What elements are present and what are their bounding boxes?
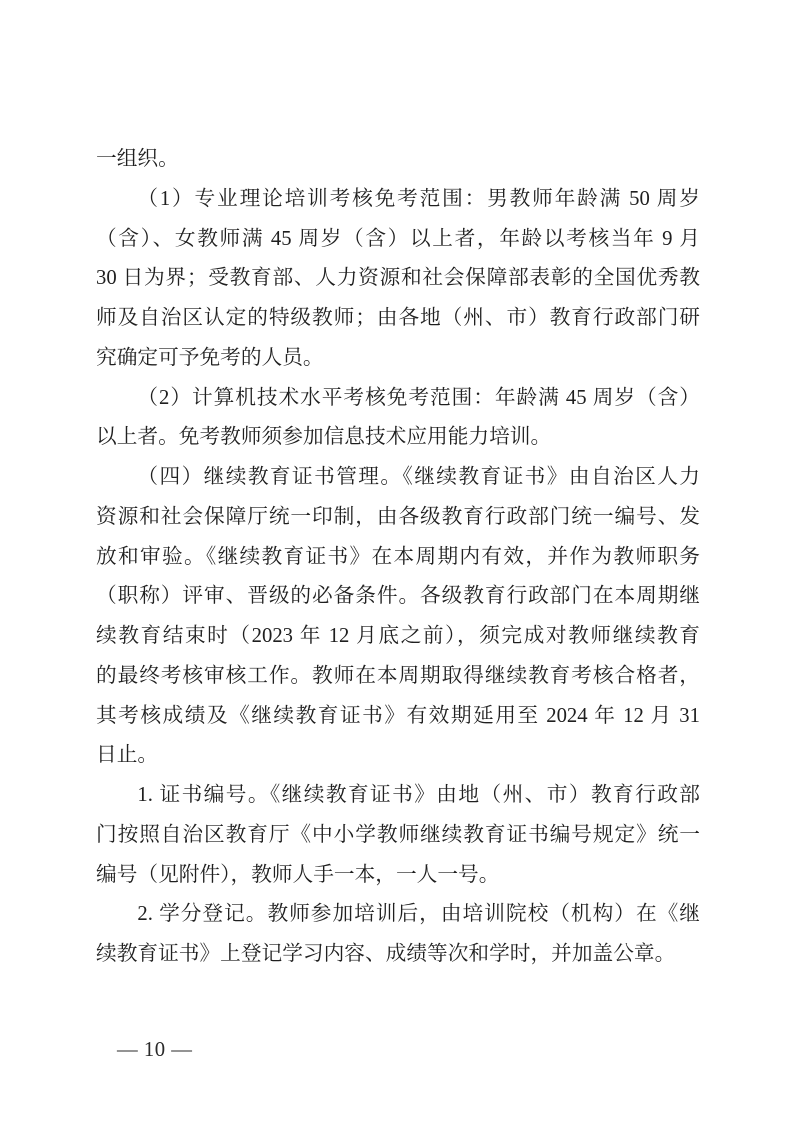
text-line: （职称）评审、晋级的必备条件。各级教育行政部门在本周期继 (96, 577, 700, 617)
text-line: （2）计算机技术水平考核免考范围：年龄满 45 周岁（含） (96, 379, 700, 419)
text-line: 其考核成绩及《继续教育证书》有效期延用至 2024 年 12 月 31 (96, 697, 700, 737)
paragraph: 一组织。 (96, 140, 700, 180)
text-line: 续教育证书》上登记学习内容、成绩等次和学时，并加盖公章。 (96, 935, 700, 975)
text-line: 日止。 (96, 736, 700, 776)
text-line: 门按照自治区教育厅《中小学教师继续教育证书编号规定》统一 (96, 816, 700, 856)
text-line: 编号（见附件），教师人手一本，一人一号。 (96, 856, 700, 896)
document-body: 一组织。（1）专业理论培训考核免考范围：男教师年龄满 50 周岁（含）、女教师满… (96, 140, 700, 975)
text-line: 放和审验。《继续教育证书》在本周期内有效，并作为教师职务 (96, 538, 700, 578)
text-line: 师及自治区认定的特级教师；由各地（州、市）教育行政部门研 (96, 299, 700, 339)
text-line: 究确定可予免考的人员。 (96, 339, 700, 379)
document-page: 一组织。（1）专业理论培训考核免考范围：男教师年龄满 50 周岁（含）、女教师满… (0, 0, 793, 1122)
text-line: 一组织。 (96, 140, 700, 180)
text-line: 30 日为界；受教育部、人力资源和社会保障部表彰的全国优秀教 (96, 259, 700, 299)
text-line: （含）、女教师满 45 周岁（含）以上者，年龄以考核当年 9 月 (96, 220, 700, 260)
paragraph: 2. 学分登记。教师参加培训后，由培训院校（机构）在《继续教育证书》上登记学习内… (96, 895, 700, 975)
paragraph: （四）继续教育证书管理。《继续教育证书》由自治区人力资源和社会保障厅统一印制，由… (96, 458, 700, 776)
text-line: 续教育结束时（2023 年 12 月底之前），须完成对教师继续教育 (96, 617, 700, 657)
text-line: （1）专业理论培训考核免考范围：男教师年龄满 50 周岁 (96, 180, 700, 220)
page-number: — 10 — (117, 1040, 192, 1061)
paragraph: （2）计算机技术水平考核免考范围：年龄满 45 周岁（含）以上者。免考教师须参加… (96, 379, 700, 459)
text-line: 1. 证书编号。《继续教育证书》由地（州、市）教育行政部 (96, 776, 700, 816)
paragraph: （1）专业理论培训考核免考范围：男教师年龄满 50 周岁（含）、女教师满 45 … (96, 180, 700, 379)
text-line: 2. 学分登记。教师参加培训后，由培训院校（机构）在《继 (96, 895, 700, 935)
text-line: 资源和社会保障厅统一印制，由各级教育行政部门统一编号、发 (96, 498, 700, 538)
text-line: 以上者。免考教师须参加信息技术应用能力培训。 (96, 418, 700, 458)
paragraph: 1. 证书编号。《继续教育证书》由地（州、市）教育行政部门按照自治区教育厅《中小… (96, 776, 700, 895)
text-line: （四）继续教育证书管理。《继续教育证书》由自治区人力 (96, 458, 700, 498)
text-line: 的最终考核审核工作。教师在本周期取得继续教育考核合格者， (96, 657, 700, 697)
